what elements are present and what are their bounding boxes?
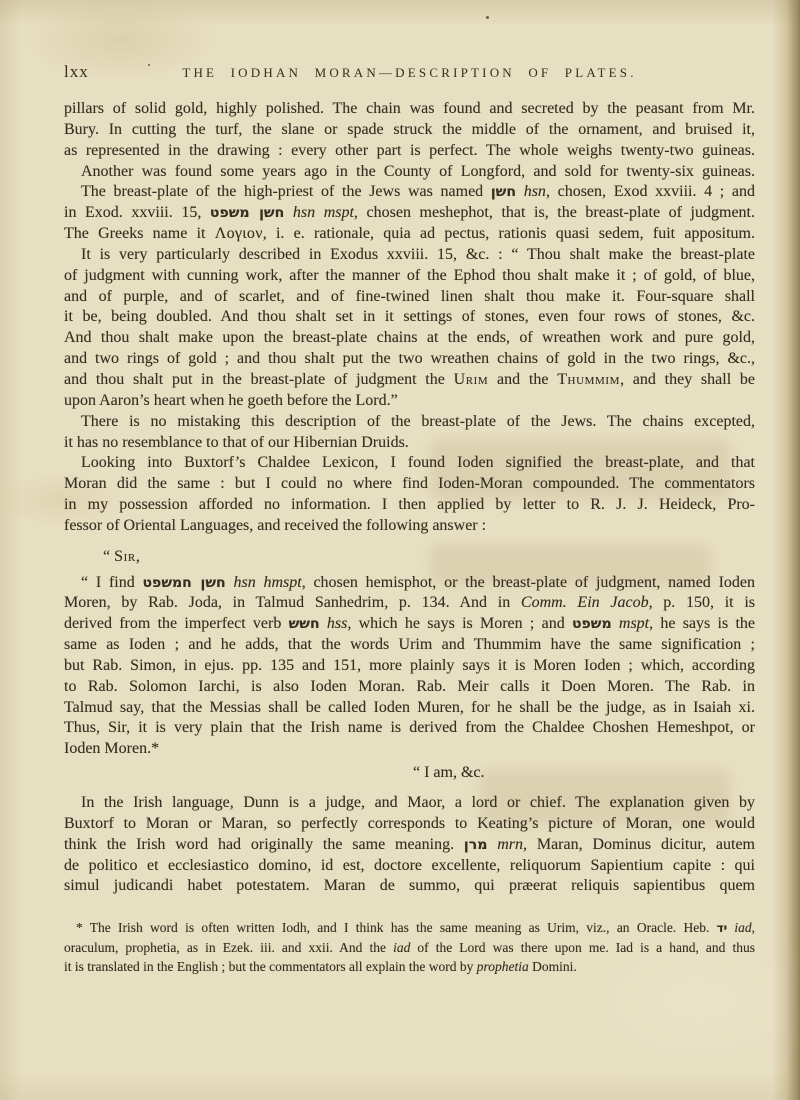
text-segment: and thou shalt put in the breast-plate o… xyxy=(64,371,454,388)
text-line: fessor of Oriental Languages, and receiv… xyxy=(64,516,755,537)
text-line: in Exod. xxviii. 15, חשן משפט hsn mspt, … xyxy=(64,203,755,224)
main-text-block-1: pillars of solid gold, highly polished. … xyxy=(64,99,755,760)
text-segment: hss xyxy=(327,615,347,632)
text-segment: de politico et ecclesiastico domino, id … xyxy=(64,857,755,874)
text-segment: Moren, by Rab. Joda, in Talmud Sanhedrim… xyxy=(64,594,521,611)
text-segment: , which he says is Moren ; and xyxy=(347,615,572,632)
text-line: same as Ioden ; and he adds, that the wo… xyxy=(64,635,755,656)
text-segment: , he says is the xyxy=(649,615,755,632)
text-line: And thou shalt make upon the breast-plat… xyxy=(64,328,755,349)
text-segment: mspt xyxy=(619,615,649,632)
text-line: it be, being doubled. And thou shalt set… xyxy=(64,307,755,328)
text-line: derived from the imperfect verb חשש hss,… xyxy=(64,614,755,635)
text-segment: Domini. xyxy=(529,959,577,974)
text-segment: It is very particularly described in Exo… xyxy=(81,246,755,263)
text-segment: Another was found some years ago in the … xyxy=(81,163,755,180)
text-segment: pillars of solid gold, highly polished. … xyxy=(64,100,755,117)
text-segment: , chosen hemisphot, or the breast-plate … xyxy=(302,574,755,591)
text-line: Ioden Moren.* xyxy=(64,739,755,760)
text-segment: , and they shall be xyxy=(620,371,755,388)
text-segment: , chosen meshephot, that is, the breast-… xyxy=(354,204,755,221)
text-segment: and the xyxy=(488,371,557,388)
text-line: Moran did the same : but I could no wher… xyxy=(64,474,755,495)
text-segment: And thou shalt make upon the breast-plat… xyxy=(64,329,755,346)
text-segment: Talmud say, that the Messias shall be ca… xyxy=(64,699,755,716)
text-line: but Rab. Simon, in ejus. pp. 135 and 151… xyxy=(64,656,755,677)
page-header: lxx THE IODHAN MORAN—DESCRIPTION OF PLAT… xyxy=(64,62,755,84)
hebrew-word: חשן חמשפט xyxy=(143,575,226,591)
text-segment: “ xyxy=(103,548,114,565)
text-segment: Urim xyxy=(454,371,489,388)
text-segment: iad xyxy=(734,920,751,935)
text-segment xyxy=(284,204,293,221)
text-line: and two rings of gold ; and thou shalt p… xyxy=(64,349,755,370)
text-segment: as represented in the drawing : every ot… xyxy=(64,142,755,159)
book-page: lxx THE IODHAN MORAN—DESCRIPTION OF PLAT… xyxy=(0,0,800,1100)
text-segment: , chosen, Exod xxviii. 4 ; and xyxy=(546,183,755,200)
text-line: Moren, by Rab. Joda, in Talmud Sanhedrim… xyxy=(64,593,755,614)
text-segment: same as Ioden ; and he adds, that the wo… xyxy=(64,636,755,653)
text-segment: “ I find xyxy=(81,574,143,591)
text-segment: , Maran, Dominus dicitur, autem xyxy=(523,836,755,853)
text-segment: , xyxy=(752,920,755,935)
text-line: of judgment with cunning work, after the… xyxy=(64,266,755,287)
text-line: think the Irish word had originally the … xyxy=(64,835,755,856)
text-line: simul judicandi habet potestatem. Maran … xyxy=(64,876,755,897)
text-segment: in Exod. xxviii. 15, xyxy=(64,204,210,221)
text-segment: it is translated in the English ; but th… xyxy=(64,959,477,974)
text-segment: in my possession afforded no information… xyxy=(64,496,755,513)
text-segment xyxy=(516,183,524,200)
main-text-block-2: In the Irish language, Dunn is a judge, … xyxy=(64,793,755,897)
text-segment: Comm. Ein Jacob xyxy=(521,594,649,611)
hebrew-word: יד xyxy=(717,921,727,935)
text-segment: but Rab. Simon, in ejus. pp. 135 and 151… xyxy=(64,657,755,674)
text-segment: , i. e. rationale, quia ad pectus, ratio… xyxy=(263,225,755,242)
text-line: In the Irish language, Dunn is a judge, … xyxy=(64,793,755,814)
text-segment: of the Lord was there upon me. Iad is a … xyxy=(410,940,755,955)
text-segment: hsn mspt xyxy=(293,204,354,221)
text-segment xyxy=(320,615,327,632)
text-line: and of purple, and of scarlet, and of fi… xyxy=(64,287,755,308)
text-segment: simul judicandi habet potestatem. Maran … xyxy=(64,877,755,894)
text-column: pillars of solid gold, highly polished. … xyxy=(64,99,755,977)
text-segment: The Greeks name it xyxy=(64,225,215,242)
text-segment: Buxtorf to Moran or Maran, so perfectly … xyxy=(64,815,755,832)
text-line: upon Aaron’s heart when he goeth before … xyxy=(64,391,755,412)
text-segment: and two rings of gold ; and thou shalt p… xyxy=(64,350,755,367)
hebrew-word: חשן משפט xyxy=(210,205,284,221)
text-segment: Bury. In cutting the turf, the slane or … xyxy=(64,121,755,138)
text-line: Buxtorf to Moran or Maran, so perfectly … xyxy=(64,814,755,835)
text-line: Thus, Sir, it is very plain that the Iri… xyxy=(64,718,755,739)
text-segment: Ioden Moren.* xyxy=(64,740,159,757)
text-segment: upon Aaron’s heart when he goeth before … xyxy=(64,392,398,409)
text-segment: to Rab. Solomon Iarchi, is also Ioden Mo… xyxy=(64,678,755,695)
paper-speck xyxy=(486,16,489,19)
text-segment: fessor of Oriental Languages, and receiv… xyxy=(64,517,486,534)
text-line: it is translated in the English ; but th… xyxy=(64,957,755,977)
text-segment: hsn hmspt xyxy=(233,574,301,591)
text-line: and thou shalt put in the breast-plate o… xyxy=(64,370,755,391)
running-title: THE IODHAN MORAN—DESCRIPTION OF PLATES. xyxy=(64,65,755,81)
text-segment: iad xyxy=(393,940,410,955)
text-segment: The breast-plate of the high-priest of t… xyxy=(81,183,491,200)
text-line: It is very particularly described in Exo… xyxy=(64,245,755,266)
text-segment: and of purple, and of scarlet, and of fi… xyxy=(64,288,755,305)
hebrew-word: חשן xyxy=(491,184,516,200)
hebrew-word: מרן xyxy=(464,837,488,853)
text-segment: * The Irish word is often written Iodh, … xyxy=(76,920,717,935)
text-line: de politico et ecclesiastico domino, id … xyxy=(64,856,755,877)
text-line: “ I find חשן חמשפט hsn hmspt, chosen hem… xyxy=(64,573,755,594)
text-line: “ Sir, xyxy=(64,547,755,568)
text-line: pillars of solid gold, highly polished. … xyxy=(64,99,755,120)
text-segment: hsn xyxy=(524,183,546,200)
text-segment: Thus, Sir, it is very plain that the Iri… xyxy=(64,719,755,736)
letter-signature: “ I am, &c.“ Temple Bar,“ John Jos. Heid… xyxy=(64,763,755,784)
text-line: to Rab. Solomon Iarchi, is also Ioden Mo… xyxy=(64,677,755,698)
text-segment: Looking into Buxtorf’s Chaldee Lexicon, … xyxy=(81,454,755,471)
text-segment: oraculum, prophetia, as in Ezek. iii. an… xyxy=(64,940,393,955)
text-line: The Greeks name it Λογιον, i. e. rationa… xyxy=(64,224,755,245)
text-line: “ I am, &c. xyxy=(64,763,755,784)
text-segment: think the Irish word had originally the … xyxy=(64,836,464,853)
text-segment: In the Irish language, Dunn is a judge, … xyxy=(81,794,755,811)
footnote: * The Irish word is often written Iodh, … xyxy=(64,918,755,977)
text-segment: Moran did the same : but I could no wher… xyxy=(64,475,755,492)
text-segment: of judgment with cunning work, after the… xyxy=(64,267,755,284)
text-line: as represented in the drawing : every ot… xyxy=(64,141,755,162)
text-line: Another was found some years ago in the … xyxy=(64,162,755,183)
text-line: The breast-plate of the high-priest of t… xyxy=(64,182,755,203)
text-segment: There is no mistaking this description o… xyxy=(81,413,755,430)
text-line: Talmud say, that the Messias shall be ca… xyxy=(64,698,755,719)
text-segment: it be, being doubled. And thou shalt set… xyxy=(64,308,755,325)
text-segment: it has no resemblance to that of our Hib… xyxy=(64,434,409,451)
text-line: oraculum, prophetia, as in Ezek. iii. an… xyxy=(64,938,755,958)
text-segment: , xyxy=(136,548,140,565)
text-line: it has no resemblance to that of our Hib… xyxy=(64,433,755,454)
text-line: in my possession afforded no information… xyxy=(64,495,755,516)
text-segment xyxy=(612,615,619,632)
hebrew-word: חשש xyxy=(289,616,320,632)
text-line: * The Irish word is often written Iodh, … xyxy=(64,918,755,938)
text-segment xyxy=(487,836,497,853)
text-segment: “ I am, &c. xyxy=(413,764,485,781)
greek-word: Λογιον xyxy=(215,225,263,242)
text-line: Bury. In cutting the turf, the slane or … xyxy=(64,120,755,141)
text-segment: derived from the imperfect verb xyxy=(64,615,289,632)
text-segment: Thummim xyxy=(557,371,620,388)
text-segment: prophetia xyxy=(477,959,529,974)
hebrew-word: משפט xyxy=(572,616,612,632)
text-segment: , p. 150, it is xyxy=(649,594,755,611)
text-line: Looking into Buxtorf’s Chaldee Lexicon, … xyxy=(64,453,755,474)
text-segment: Sir xyxy=(114,548,136,565)
text-line: There is no mistaking this description o… xyxy=(64,412,755,433)
text-segment: mrn xyxy=(497,836,523,853)
